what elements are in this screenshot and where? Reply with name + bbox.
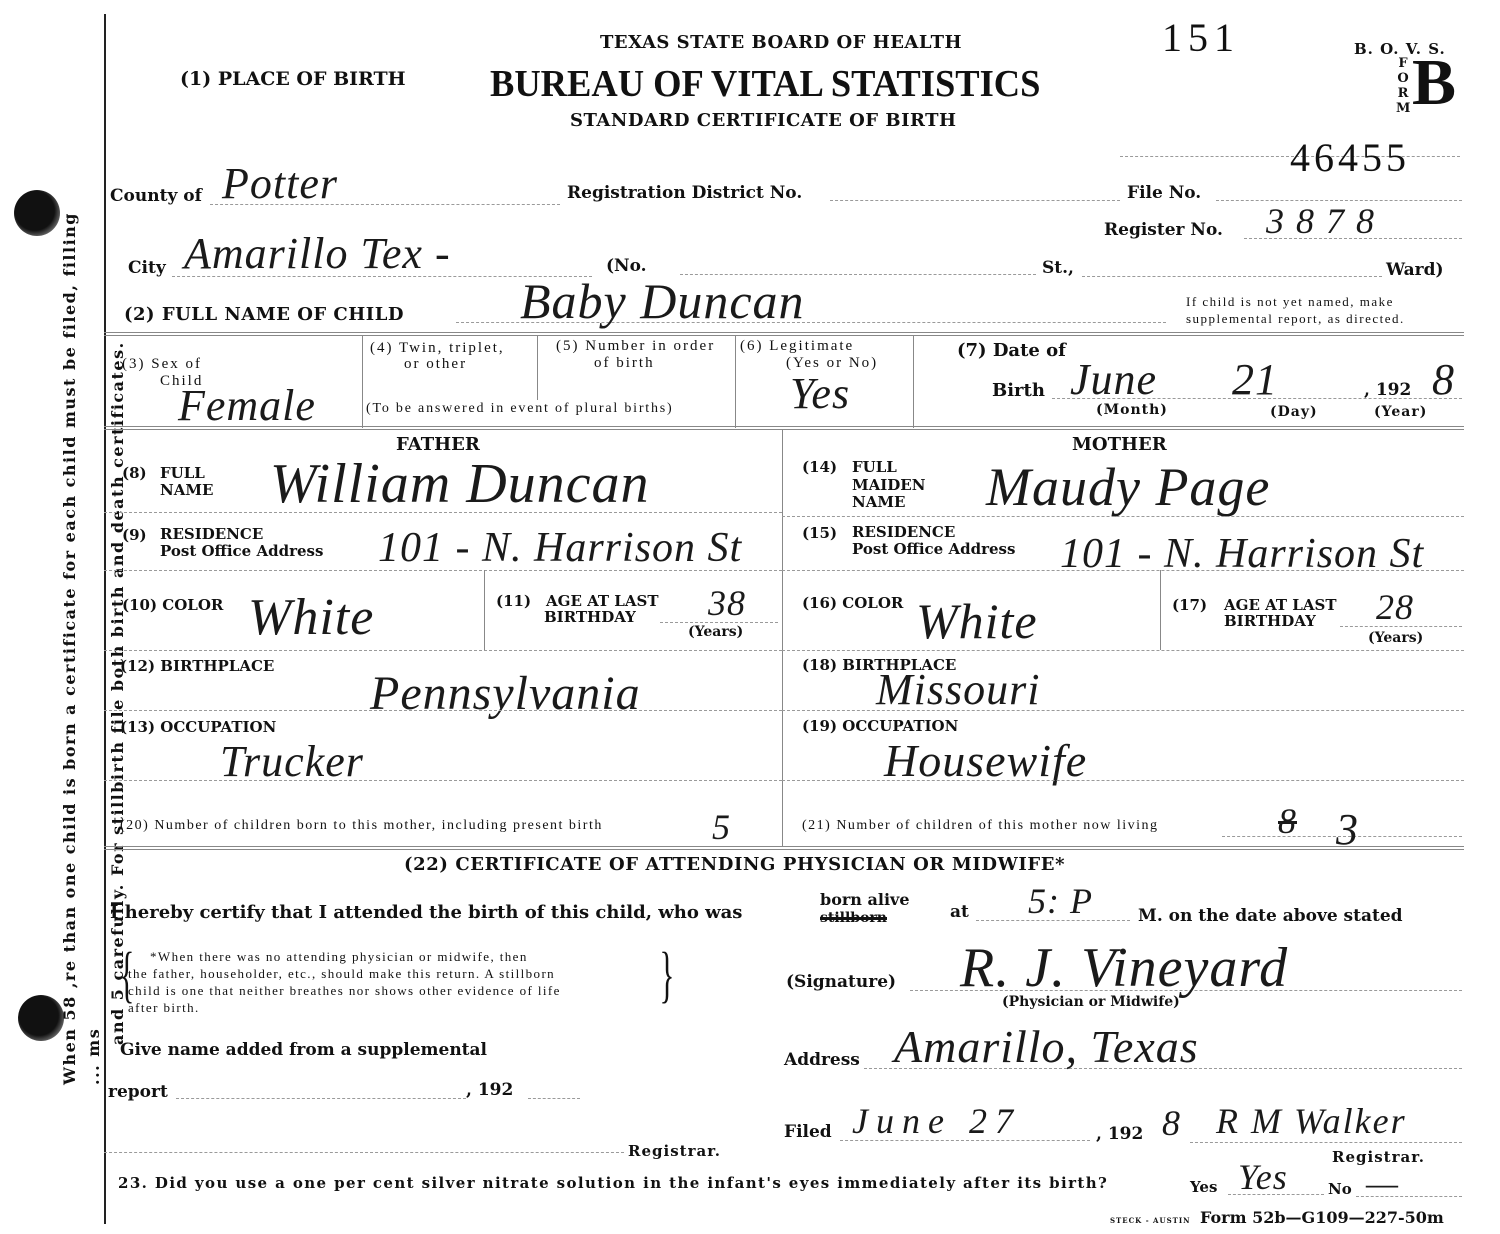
mother-name-label-2: MAIDEN — [852, 476, 925, 494]
form-word: F O R M — [1396, 56, 1410, 116]
dob-label-2: Birth — [992, 380, 1045, 401]
supplemental-label-2: report — [108, 1082, 168, 1102]
filed-year-suffix: 8 — [1162, 1102, 1181, 1144]
legitimate-label-1: (6) Legitimate — [740, 338, 854, 355]
stamp-number: 151 — [1162, 14, 1240, 61]
divider-mother-color-age — [1160, 570, 1161, 650]
father-occupation-line — [104, 780, 782, 781]
father-birthplace-label: (12) BIRTHPLACE — [120, 657, 274, 675]
registration-district-label: Registration District No. — [567, 183, 802, 203]
supplemental-registrar-line[interactable] — [104, 1152, 624, 1153]
supplemental-label-1: Give name added from a supplemental — [120, 1040, 487, 1060]
father-color-line — [104, 650, 782, 651]
time-value: 5: P — [1028, 880, 1093, 922]
physician-heading: (22) CERTIFICATE OF ATTENDING PHYSICIAN … — [404, 854, 1065, 875]
city-value: Amarillo Tex - — [184, 228, 451, 279]
filed-year-prefix: , 192 — [1096, 1124, 1143, 1144]
city-label: City — [128, 258, 166, 278]
dob-year-prefix: , 192 — [1364, 380, 1411, 400]
day-caption: (Day) — [1270, 404, 1318, 420]
mother-age-num: (17) — [1172, 596, 1207, 614]
divider-legit-dob — [913, 336, 914, 428]
mother-birthplace-line — [782, 710, 1464, 711]
registration-district-field-line[interactable] — [830, 200, 1120, 201]
father-birthplace-value: Pennsylvania — [370, 666, 641, 721]
file-no-label: File No. — [1127, 183, 1201, 203]
county-label: County of — [110, 186, 202, 206]
signature-caption: (Physician or Midwife) — [1002, 994, 1180, 1010]
signature-value: R. J. Vineyard — [960, 936, 1288, 1000]
father-age-value: 38 — [708, 582, 746, 624]
margin-line-1: When 58 ,re than one child is born a cer… — [58, 185, 106, 1085]
mother-age-caption: (Years) — [1368, 630, 1423, 646]
dob-year-suffix: 8 — [1432, 354, 1455, 405]
father-name-line — [104, 512, 782, 513]
mother-name-value: Maudy Page — [986, 456, 1270, 518]
born-alive-option[interactable]: born alive — [820, 890, 910, 909]
dob-month-value: June — [1070, 354, 1157, 405]
mother-residence-label: RESIDENCE — [852, 523, 955, 541]
mother-age-label-2: BIRTHDAY — [1224, 612, 1316, 630]
child-name-label: (2) FULL NAME OF CHILD — [124, 304, 404, 325]
mother-birthplace-value: Missouri — [876, 664, 1040, 715]
father-occupation-label: (13) OCCUPATION — [120, 718, 276, 736]
question-23-yes-label: Yes — [1190, 1178, 1217, 1196]
m-date-text: M. on the date above stated — [1138, 906, 1403, 926]
footnote-line-1: *When there was no attending physician o… — [128, 948, 561, 965]
father-name-value: William Duncan — [270, 452, 650, 516]
footnote-line-3: child is one that neither breathes nor s… — [128, 982, 561, 999]
children-born-label: (20) Number of children born to this mot… — [120, 818, 603, 834]
ward-label: Ward) — [1386, 260, 1444, 280]
mother-color-label: (16) COLOR — [802, 594, 903, 612]
footnote-brace-right: } — [659, 944, 674, 1006]
divider-child-details-top — [104, 332, 1464, 336]
father-name-num: (8) — [122, 464, 147, 482]
mother-age-value: 28 — [1376, 586, 1414, 628]
month-caption: (Month) — [1096, 402, 1168, 418]
twin-label-1: (4) Twin, triplet, — [370, 340, 505, 357]
certificate-title: STANDARD CERTIFICATE OF BIRTH — [570, 110, 957, 131]
mother-color-value: White — [916, 592, 1038, 650]
mother-name-num: (14) — [802, 458, 837, 476]
father-birthplace-line — [104, 710, 782, 711]
form-letter: B — [1412, 50, 1456, 116]
not-named-note-1: If child is not yet named, make — [1186, 294, 1394, 310]
address-value: Amarillo, Texas — [894, 1020, 1199, 1073]
divider-twin-order — [537, 336, 538, 400]
question-23-yes-value: Yes — [1238, 1156, 1288, 1198]
children-living-label: (21) Number of children of this mother n… — [802, 818, 1159, 834]
father-age-num: (11) — [496, 592, 531, 610]
printer-mark: STECK - AUSTIN — [1110, 1216, 1191, 1225]
mother-heading: MOTHER — [1072, 434, 1167, 455]
children-living-struck-value: 8 — [1278, 800, 1297, 842]
address-label: Address — [784, 1050, 860, 1070]
year-caption: (Year) — [1374, 404, 1427, 420]
mother-name-label-3: NAME — [852, 493, 905, 511]
father-name-label-1: FULL — [160, 464, 205, 482]
footnote: *When there was no attending physician o… — [128, 948, 561, 1016]
filed-label: Filed — [784, 1122, 832, 1142]
order-label-1: (5) Number in order — [556, 338, 715, 355]
county-value: Potter — [222, 158, 338, 209]
divider-father-color-age — [484, 570, 485, 650]
mother-residence-line — [782, 570, 1464, 571]
mother-residence-sub: Post Office Address — [852, 540, 1015, 558]
father-residence-line — [104, 570, 782, 571]
dob-label-1: (7) Date of — [957, 340, 1066, 361]
register-no-value: 3878 — [1266, 200, 1386, 242]
not-named-note-2: supplemental report, as directed. — [1186, 311, 1405, 327]
divider-order-legit — [735, 336, 736, 428]
sex-value: Female — [178, 380, 316, 431]
registrar-name-value: R M Walker — [1216, 1100, 1407, 1142]
stillborn-option-struck[interactable]: stillborn — [820, 910, 887, 926]
certificate-number: 46455 — [1290, 134, 1410, 181]
question-23-text: 23. Did you use a one per cent silver ni… — [118, 1174, 1108, 1192]
supplemental-year-line[interactable] — [528, 1098, 580, 1099]
signature-label: (Signature) — [786, 972, 896, 992]
footnote-line-4: after birth. — [128, 999, 561, 1016]
mother-residence-num: (15) — [802, 524, 837, 542]
filed-registrar-line[interactable] — [1190, 1142, 1462, 1143]
footnote-line-2: the father, householder, etc., should ma… — [128, 965, 561, 982]
father-age-label-2: BIRTHDAY — [544, 608, 636, 626]
divider-physician-top — [104, 846, 1464, 850]
board-name: TEXAS STATE BOARD OF HEALTH — [600, 32, 962, 53]
father-residence-num: (9) — [122, 526, 147, 544]
register-no-label: Register No. — [1104, 220, 1223, 240]
mother-occupation-line — [782, 780, 1464, 781]
divider-sex-twin — [362, 336, 363, 428]
question-23-no-label: No — [1328, 1180, 1352, 1198]
supplemental-year-prefix: , 192 — [466, 1080, 513, 1100]
place-of-birth-label: (1) PLACE OF BIRTH — [180, 68, 406, 90]
plural-births-note: (To be answered in event of plural birth… — [366, 401, 674, 417]
father-residence-value: 101 - N. Harrison St — [378, 524, 742, 572]
father-color-label: (10) COLOR — [122, 596, 223, 614]
divider-father-mother — [782, 430, 783, 846]
punch-hole-top — [14, 190, 60, 236]
form-number: Form 52b—G109—227-50m — [1200, 1208, 1444, 1227]
at-label: at — [950, 902, 969, 922]
mother-name-label-1: FULL — [852, 458, 897, 476]
bureau-title: BUREAU OF VITAL STATISTICS — [490, 62, 1040, 106]
supplemental-registrar-label: Registrar. — [628, 1142, 721, 1160]
certify-text: I hereby certify that I attended the bir… — [110, 902, 742, 923]
supplemental-name-line[interactable] — [176, 1098, 466, 1099]
sex-label-1: (3) Sex of — [122, 356, 202, 373]
children-born-value: 5 — [712, 806, 731, 848]
twin-label-2: or other — [404, 356, 467, 373]
street-label: St., — [1042, 258, 1074, 278]
child-name-value: Baby Duncan — [520, 272, 805, 330]
father-color-value: White — [248, 588, 374, 647]
mother-occupation-label: (19) OCCUPATION — [802, 717, 958, 735]
mother-color-line — [782, 650, 1464, 651]
legitimate-value: Yes — [790, 368, 850, 419]
dob-day-value: 21 — [1232, 354, 1278, 405]
father-residence-sub: Post Office Address — [160, 542, 323, 560]
ward-field-line[interactable] — [1082, 276, 1382, 277]
father-name-label-2: NAME — [160, 481, 213, 499]
divider-parents-top — [104, 426, 1464, 430]
father-residence-label: RESIDENCE — [160, 525, 263, 543]
father-age-caption: (Years) — [688, 624, 743, 640]
mother-name-line — [782, 516, 1464, 517]
question-23-no-value: — — [1366, 1162, 1399, 1204]
filed-date-value: June 27 — [852, 1100, 1021, 1142]
order-label-2: of birth — [594, 355, 655, 372]
